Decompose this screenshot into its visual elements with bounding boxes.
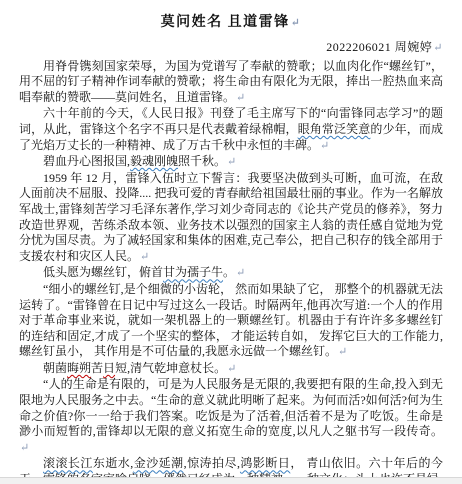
spellcheck-flagged-text: 滚滚长江 (43, 456, 93, 470)
spellcheck-flagged-text: 毅魂刚魄 (130, 154, 178, 168)
text-run: 东逝水, (93, 456, 133, 470)
text-run: 朝菌 (43, 361, 67, 375)
spellcheck-flagged-text: 晦朔 (67, 361, 91, 375)
paragraph: 低头愿为螺丝钉，俯首甘为孺子牛。↵ (19, 265, 443, 282)
paragraph-mark-icon: ↵ (226, 363, 236, 375)
paragraph: 碧血丹心图报国,毅魂刚魄照千秋。↵ (19, 154, 443, 171)
spellcheck-flagged-text: 鸿影断日 (240, 456, 290, 470)
paragraph-mark-icon: ↵ (235, 92, 245, 104)
paragraph: 1959 年 12 月，雷锋入伍时立下誓言：我要坚决做到头可断，血可流，在敌人面… (19, 171, 443, 266)
paragraph-mark-icon: ↵ (319, 140, 329, 152)
document-title: 莫问姓名 且道雷锋↵ (19, 13, 443, 33)
text-run: 苦 (91, 361, 103, 375)
paragraph: “细小的螺丝钉,是个细微的小齿轮， 然而如果缺了它， 那整个的机器就无法运转了。… (19, 282, 443, 361)
document-body[interactable]: 莫问姓名 且道雷锋↵2022206021 周婉婷↵用脊骨镌刻国家荣辱，为国为党谱… (19, 13, 443, 484)
paragraph-mark-icon: ↵ (290, 17, 302, 29)
text-run: 碧血丹心图报国, (43, 154, 130, 168)
spellcheck-flagged-text: 甘为孺子牛 (163, 265, 223, 279)
paragraph-mark-icon: ↵ (432, 42, 443, 54)
text-run: 莫问姓名 且道雷锋 (161, 15, 290, 30)
text-run: 低头愿为螺丝钉，俯首 (43, 265, 163, 279)
paragraph: “人的生命是有限的，可是为人民服务是无限的,我要把有限的生命,投入到无限地为人民… (19, 377, 443, 456)
page-bottom-edge (0, 477, 462, 484)
paragraph: 六十年前的今天，《人民日报》刊登了毛主席写下的“向雷锋同志学习”的题词，从此，雷… (19, 106, 443, 154)
document-byline: 2022206021 周婉婷↵ (19, 40, 443, 57)
text-run: 短,清气乾坤意杖长。 (115, 361, 226, 375)
paragraph-mark-icon: ↵ (139, 251, 149, 263)
paragraph-mark-icon: ↵ (235, 267, 245, 279)
text-run: 。 (223, 265, 235, 279)
text-run: 照千秋。 (178, 154, 226, 168)
spellcheck-flagged-text: 日 (103, 361, 115, 375)
text-run: ,惊涛拍尽, (184, 456, 240, 470)
paragraph: 朝菌晦朔苦日短,清气乾坤意杖长。↵ (19, 361, 443, 378)
text-run: “人的生命是有限的，可是为人民服务是无限的,我要把有限的生命,投入到无限地为人民… (19, 377, 443, 438)
paragraph-mark-icon: ↵ (19, 442, 29, 454)
text-run: 2022206021 周婉婷 (326, 40, 432, 54)
spellcheck-flagged-text: 金沙延潮 (133, 456, 183, 470)
text-run: “细小的螺丝钉,是个细微的小齿轮， 然而如果缺了它， 那整个的机器就无法运转了。… (19, 282, 443, 358)
text-run: 1959 年 12 月，雷锋入伍时立下誓言：我要坚决做到头可断，血可流，在敌人面… (19, 171, 443, 263)
paragraph-mark-icon: ↵ (226, 156, 236, 168)
paragraph: 用脊骨镌刻国家荣辱，为国为党谱写了奉献的赞歌；以血肉化作“螺丝钉”，用不屈的钉子… (19, 59, 443, 107)
paragraph-mark-icon: ↵ (337, 346, 347, 358)
document-window: { "document": { "title": "莫问姓名 且道雷锋", "b… (0, 0, 462, 484)
document-page: 莫问姓名 且道雷锋↵2022206021 周婉婷↵用脊骨镌刻国家荣辱，为国为党谱… (0, 0, 462, 484)
spellcheck-flagged-text: 眼角常泛笑意 (298, 122, 371, 136)
text-run: 用脊骨镌刻国家荣辱，为国为党谱写了奉献的赞歌；以血肉化作“螺丝钉”，用不屈的钉子… (19, 59, 443, 104)
